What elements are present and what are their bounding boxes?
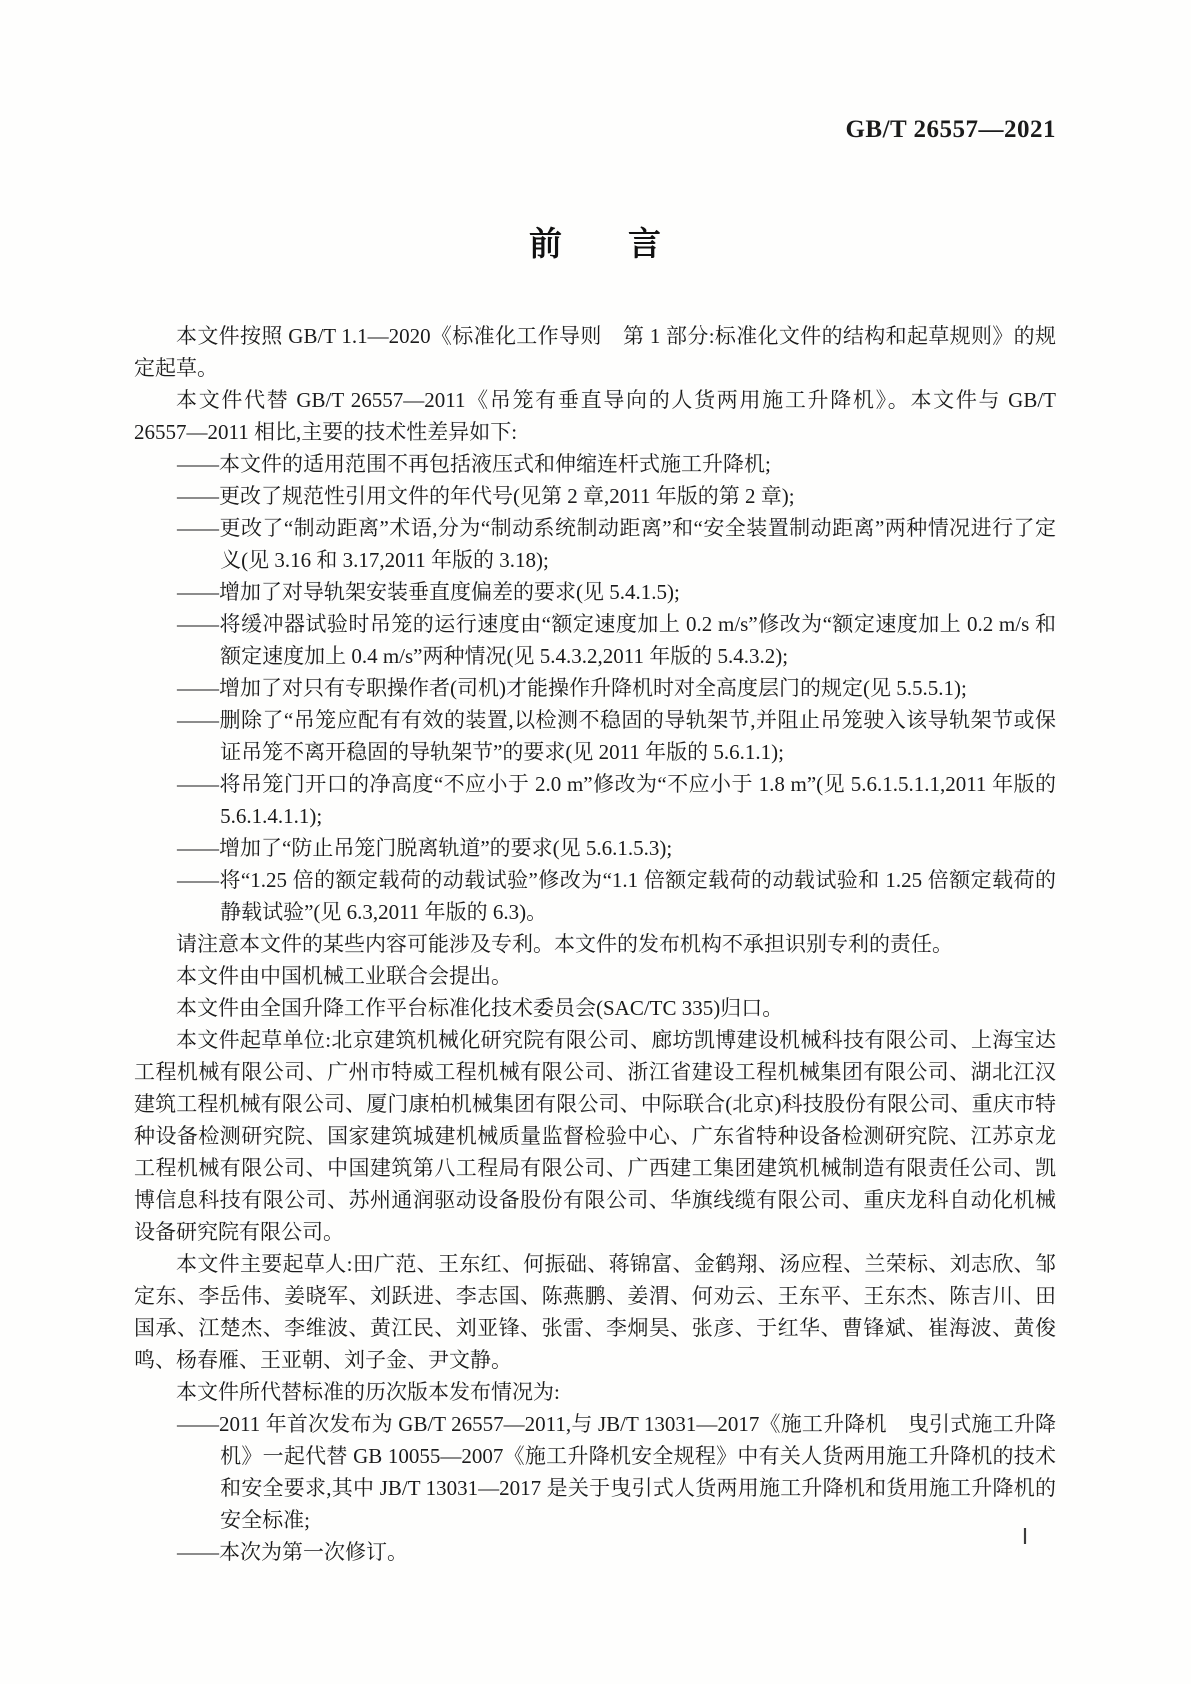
paragraph: 本文件按照 GB/T 1.1—2020《标准化工作导则 第 1 部分:标准化文件… bbox=[134, 320, 1056, 384]
paragraph: 本文件由中国机械工业联合会提出。 bbox=[134, 960, 1056, 992]
change-list-item: ——将缓冲器试验时吊笼的运行速度由“额定速度加上 0.2 m/s”修改为“额定速… bbox=[134, 608, 1056, 672]
change-list-item: ——更改了规范性引用文件的年代号(见第 2 章,2011 年版的第 2 章); bbox=[134, 480, 1056, 512]
standard-code: GB/T 26557—2021 bbox=[134, 116, 1056, 144]
change-list-item: ——本文件的适用范围不再包括液压式和伸缩连杆式施工升降机; bbox=[134, 448, 1056, 480]
change-list-item: ——增加了“防止吊笼门脱离轨道”的要求(见 5.6.1.5.3); bbox=[134, 832, 1056, 864]
paragraph: 本文件主要起草人:田广范、王东红、何振础、蒋锦富、金鹤翔、汤应程、兰荣标、刘志欣… bbox=[134, 1248, 1056, 1376]
change-list-item: ——增加了对导轨架安装垂直度偏差的要求(见 5.4.1.5); bbox=[134, 576, 1056, 608]
document-page: GB/T 26557—2021 前 言 本文件按照 GB/T 1.1—2020《… bbox=[0, 0, 1191, 1684]
page-title: 前 言 bbox=[134, 224, 1056, 264]
paragraph: 本文件起草单位:北京建筑机械化研究院有限公司、廊坊凯博建设机械科技有限公司、上海… bbox=[134, 1024, 1056, 1248]
paragraph: 本文件由全国升降工作平台标准化技术委员会(SAC/TC 335)归口。 bbox=[134, 992, 1056, 1024]
change-list-item: ——更改了“制动距离”术语,分为“制动系统制动距离”和“安全装置制动距离”两种情… bbox=[134, 512, 1056, 576]
change-list-item: ——将吊笼门开口的净高度“不应小于 2.0 m”修改为“不应小于 1.8 m”(… bbox=[134, 768, 1056, 832]
paragraph: 请注意本文件的某些内容可能涉及专利。本文件的发布机构不承担识别专利的责任。 bbox=[134, 928, 1056, 960]
paragraph: 本文件所代替标准的历次版本发布情况为: bbox=[134, 1376, 1056, 1408]
change-list-item: ——将“1.25 倍的额定载荷的动载试验”修改为“1.1 倍额定载荷的动载试验和… bbox=[134, 864, 1056, 928]
change-list-item: ——增加了对只有专职操作者(司机)才能操作升降机时对全高度层门的规定(见 5.5… bbox=[134, 672, 1056, 704]
page-number: Ⅰ bbox=[985, 1524, 1065, 1550]
change-list-item: ——2011 年首次发布为 GB/T 26557—2011,与 JB/T 130… bbox=[134, 1408, 1056, 1536]
foreword-body: 本文件按照 GB/T 1.1—2020《标准化工作导则 第 1 部分:标准化文件… bbox=[134, 320, 1056, 1568]
paragraph: 本文件代替 GB/T 26557—2011《吊笼有垂直导向的人货两用施工升降机》… bbox=[134, 384, 1056, 448]
change-list-item: ——本次为第一次修订。 bbox=[134, 1536, 1056, 1568]
change-list-item: ——删除了“吊笼应配有有效的装置,以检测不稳固的导轨架节,并阻止吊笼驶入该导轨架… bbox=[134, 704, 1056, 768]
